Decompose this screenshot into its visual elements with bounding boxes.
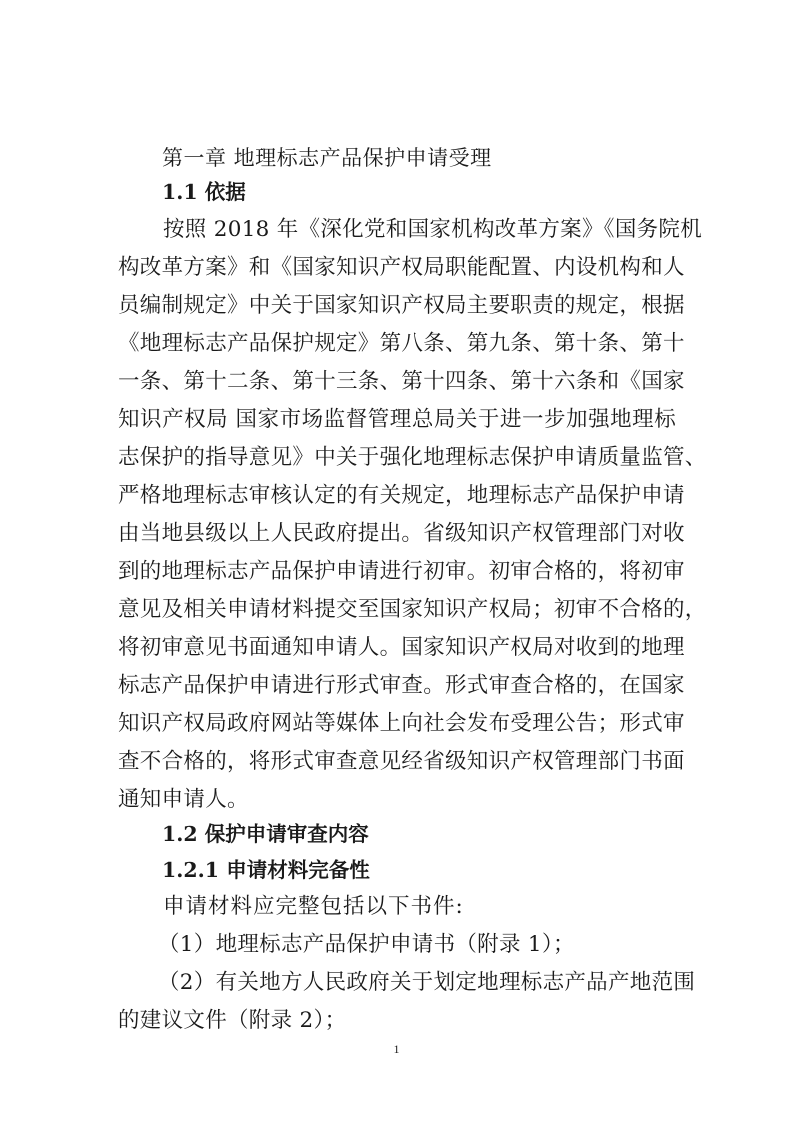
section-heading-1-2: 1.2 保护申请审查内容 [162,817,369,851]
paragraph-line: 按照 2018 年《深化党和国家机构改革方案》《国务院机 [163,211,676,249]
paragraph-line: 员编制规定》中关于国家知识产权局主要职责的规定，根据 [118,287,676,325]
paragraph-line: 知识产权局 国家市场监督管理总局关于进一步加强地理标 [118,401,676,439]
list-item-2-continued: 的建议文件（附录 2）； [118,1002,676,1040]
paragraph-line: 通知申请人。 [118,781,676,819]
document-page: 第一章 地理标志产品保护申请受理 1.1 依据 按照 2018 年《深化党和国家… [0,0,793,1122]
page-number: 1 [0,1042,793,1057]
paragraph-line: 构改革方案》和《国家知识产权局职能配置、内设机构和人 [118,249,676,287]
paragraph-line: 《地理标志产品保护规定》第八条、第九条、第十条、第十 [118,325,676,363]
paragraph-line: 查不合格的，将形式审查意见经省级知识产权管理部门书面 [118,743,676,781]
list-item-2: （2）有关地方人民政府关于划定地理标志产品产地范围 [158,964,676,1002]
paragraph-line: 一条、第十二条、第十三条、第十四条、第十六条和《国家 [118,363,676,401]
list-item-1: （1）地理标志产品保护申请书（附录 1）； [158,926,676,964]
section-heading-1-1: 1.1 依据 [162,175,246,209]
paragraph-line: 严格地理标志审核认定的有关规定，地理标志产品保护申请 [118,477,676,515]
paragraph-line: 由当地县级以上人民政府提出。省级知识产权管理部门对收 [118,515,676,553]
paragraph-line: 知识产权局政府网站等媒体上向社会发布受理公告；形式审 [118,705,676,743]
paragraph-line: 志保护的指导意见》中关于强化地理标志保护申请质量监管、 [118,439,676,477]
list-intro: 申请材料应完整包括以下书件: [163,888,676,926]
paragraph-line: 将初审意见书面通知申请人。国家知识产权局对收到的地理 [118,629,676,667]
paragraph-line: 意见及相关申请材料提交至国家知识产权局；初审不合格的， [118,591,676,629]
paragraph-line: 标志产品保护申请进行形式审查。形式审查合格的，在国家 [118,667,676,705]
chapter-title: 第一章 地理标志产品保护申请受理 [162,141,492,175]
section-heading-1-2-1: 1.2.1 申请材料完备性 [162,853,370,887]
paragraph-line: 到的地理标志产品保护申请进行初审。初审合格的，将初审 [118,553,676,591]
